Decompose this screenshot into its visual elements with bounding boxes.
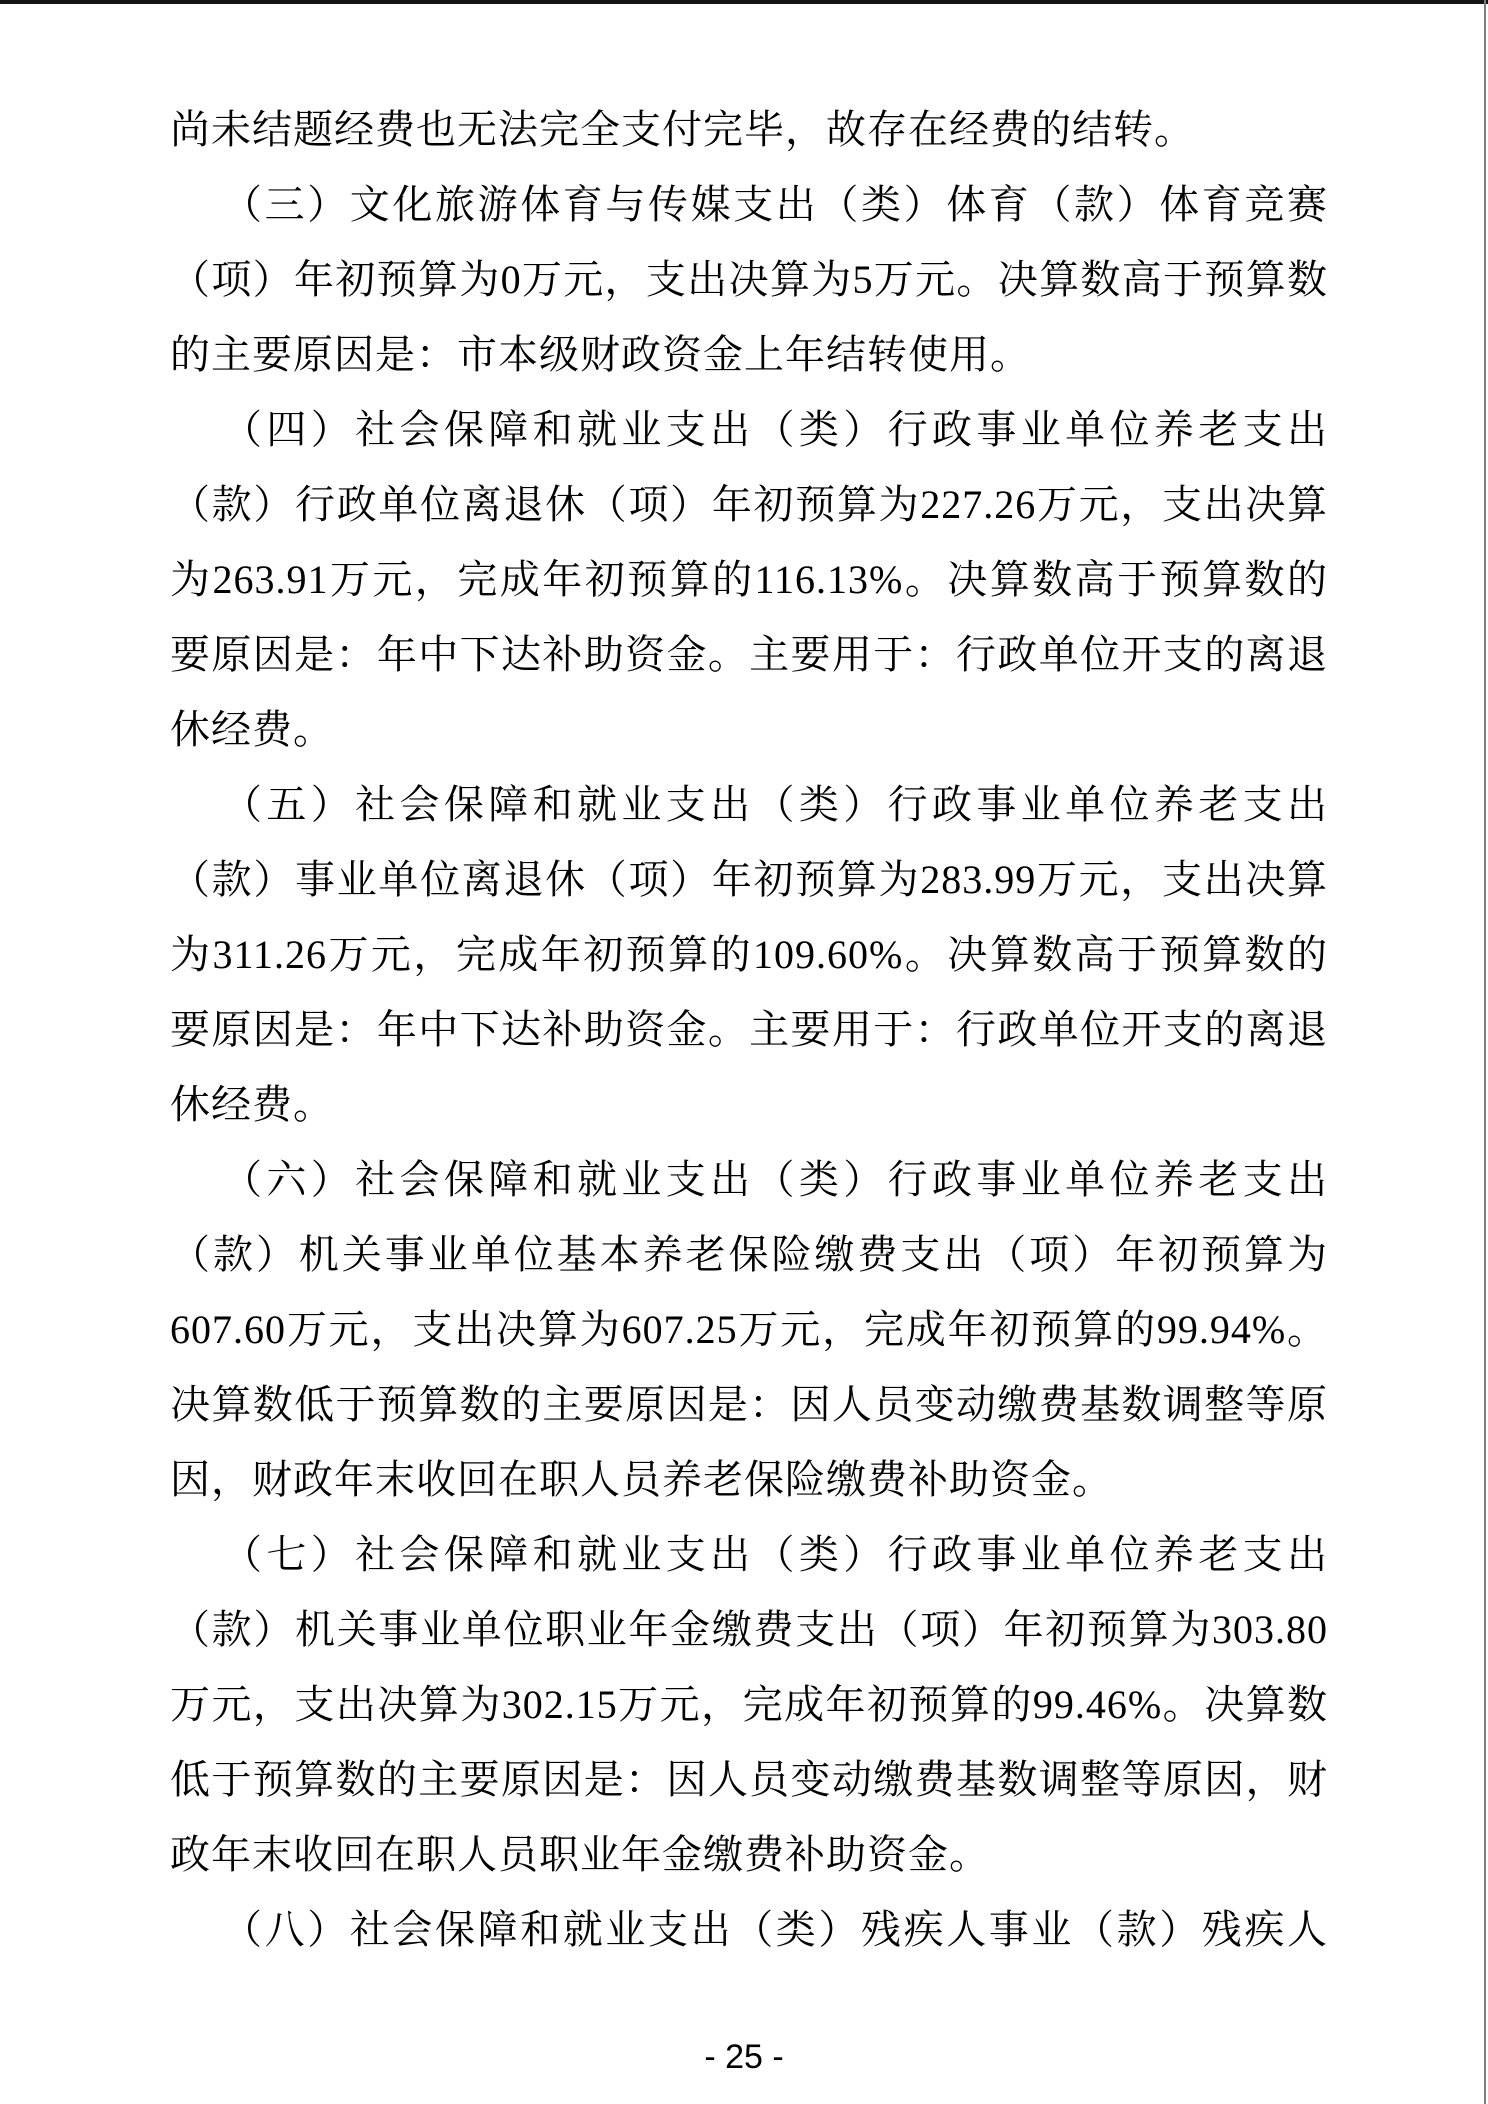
text-line: （款）事业单位离退休（项）年初预算为283.99万元，支出决算 <box>170 842 1328 917</box>
text-line: （六）社会保障和就业支出（类）行政事业单位养老支出 <box>170 1142 1328 1217</box>
text-line: （三）文化旅游体育与传媒支出（类）体育（款）体育竞赛 <box>170 167 1328 242</box>
text-line: （五）社会保障和就业支出（类）行政事业单位养老支出 <box>170 767 1328 842</box>
paragraph-item-6: （六）社会保障和就业支出（类）行政事业单位养老支出 （款）机关事业单位基本养老保… <box>170 1142 1328 1517</box>
text-line: （款）机关事业单位职业年金缴费支出（项）年初预算为303.80 <box>170 1592 1328 1667</box>
text-line: 政年末收回在职人员职业年金缴费补助资金。 <box>170 1817 1328 1892</box>
text-line: 决算数低于预算数的主要原因是：因人员变动缴费基数调整等原 <box>170 1367 1328 1442</box>
paragraph-item-3: （三）文化旅游体育与传媒支出（类）体育（款）体育竞赛 （项）年初预算为0万元，支… <box>170 167 1328 392</box>
page-number: - 25 - <box>0 2038 1488 2077</box>
text-line: 低于预算数的主要原因是：因人员变动缴费基数调整等原因，财 <box>170 1742 1328 1817</box>
text-line: （四）社会保障和就业支出（类）行政事业单位养老支出 <box>170 392 1328 467</box>
document-page: 尚未结题经费也无法完全支付完毕，故存在经费的结转。 （三）文化旅游体育与传媒支出… <box>0 0 1488 2104</box>
paragraph-item-5: （五）社会保障和就业支出（类）行政事业单位养老支出 （款）事业单位离退休（项）年… <box>170 767 1328 1142</box>
text-line: （八）社会保障和就业支出（类）残疾人事业（款）残疾人 <box>170 1892 1328 1967</box>
text-line: 因，财政年末收回在职人员养老保险缴费补助资金。 <box>170 1442 1328 1517</box>
text-line: （款）机关事业单位基本养老保险缴费支出（项）年初预算为 <box>170 1217 1328 1292</box>
top-border-bar <box>0 0 1488 4</box>
text-line: 要原因是：年中下达补助资金。主要用于：行政单位开支的离退 <box>170 617 1328 692</box>
paragraph-item-7: （七）社会保障和就业支出（类）行政事业单位养老支出 （款）机关事业单位职业年金缴… <box>170 1517 1328 1892</box>
right-edge-line <box>1484 0 1486 2104</box>
paragraph-item-4: （四）社会保障和就业支出（类）行政事业单位养老支出 （款）行政单位离退休（项）年… <box>170 392 1328 767</box>
paragraph-item-8: （八）社会保障和就业支出（类）残疾人事业（款）残疾人 <box>170 1892 1328 1967</box>
document-body: 尚未结题经费也无法完全支付完毕，故存在经费的结转。 （三）文化旅游体育与传媒支出… <box>170 92 1328 1967</box>
text-line: 休经费。 <box>170 692 1328 767</box>
text-line: 休经费。 <box>170 1067 1328 1142</box>
text-line: 607.60万元，支出决算为607.25万元，完成年初预算的99.94%。 <box>170 1292 1328 1367</box>
text-line: 尚未结题经费也无法完全支付完毕，故存在经费的结转。 <box>170 92 1328 167</box>
text-line: （七）社会保障和就业支出（类）行政事业单位养老支出 <box>170 1517 1328 1592</box>
text-line: 的主要原因是：市本级财政资金上年结转使用。 <box>170 317 1328 392</box>
text-line: 要原因是：年中下达补助资金。主要用于：行政单位开支的离退 <box>170 992 1328 1067</box>
text-line: 为263.91万元，完成年初预算的116.13%。决算数高于预算数的主 <box>170 542 1328 617</box>
text-line: 万元，支出决算为302.15万元，完成年初预算的99.46%。决算数 <box>170 1667 1328 1742</box>
text-line: 为311.26万元，完成年初预算的109.60%。决算数高于预算数的主 <box>170 917 1328 992</box>
text-line: （款）行政单位离退休（项）年初预算为227.26万元，支出决算 <box>170 467 1328 542</box>
text-line: （项）年初预算为0万元，支出决算为5万元。决算数高于预算数 <box>170 242 1328 317</box>
paragraph-continuation: 尚未结题经费也无法完全支付完毕，故存在经费的结转。 <box>170 92 1328 167</box>
